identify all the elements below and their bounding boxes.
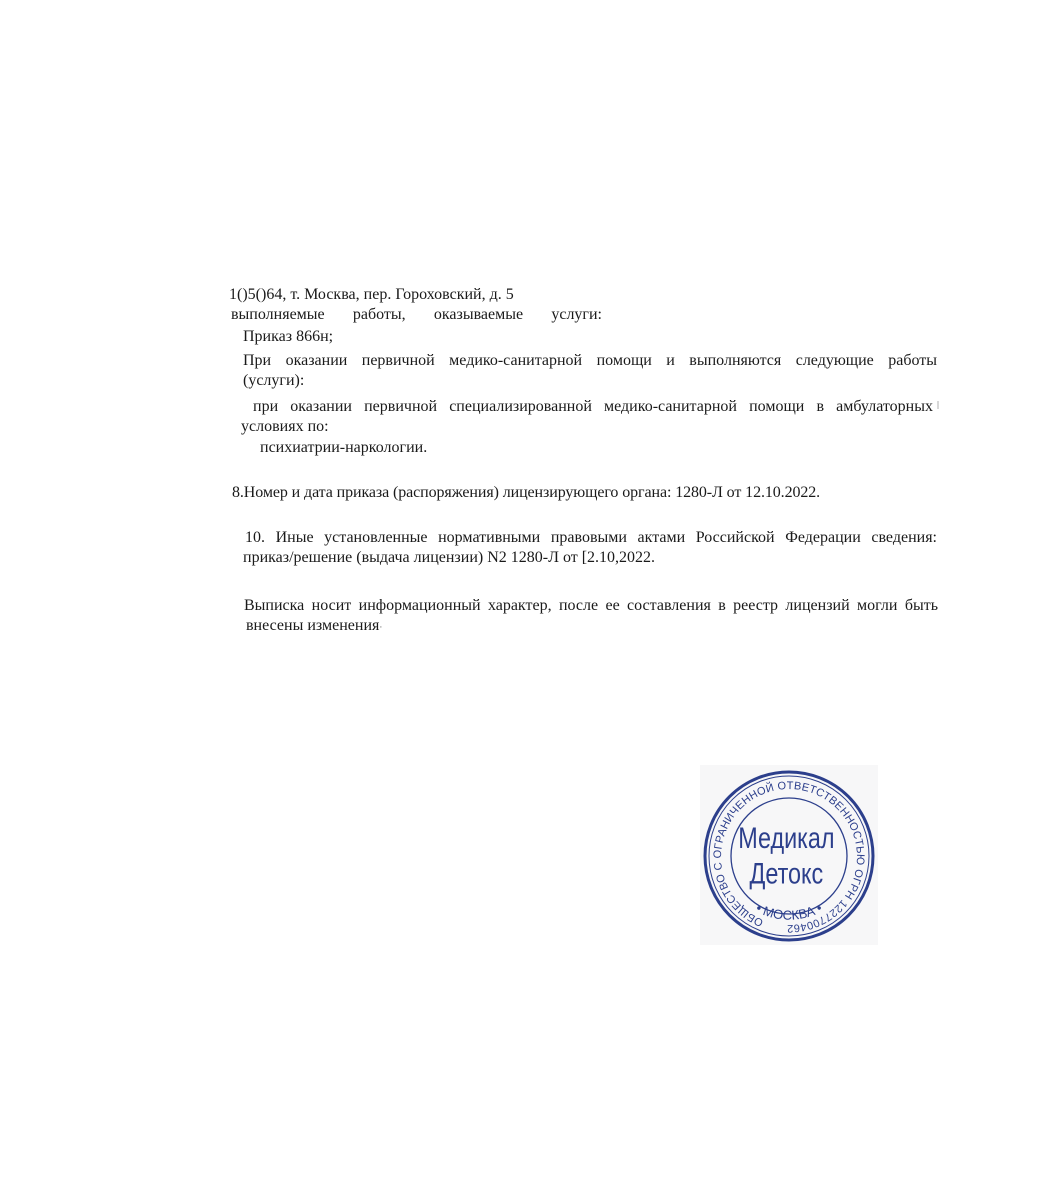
specialty-line: психиатрии-наркологии.	[260, 438, 427, 458]
disclaimer-line-2: внесены изменения·	[244, 616, 938, 637]
company-stamp: ОБЩЕСТВО С ОГРАНИЧЕННОЙ ОТВЕТСТВЕННОСТЬЮ…	[700, 765, 878, 945]
disclaimer-line-2-text: внесены изменения	[246, 617, 379, 634]
specialized-care-line-1: при оказании первичной специализированно…	[243, 397, 933, 417]
disclaimer-paragraph: Выписка носит информационный характер, п…	[244, 596, 938, 637]
specialized-care-line-2: условиях по:	[241, 417, 933, 437]
stamp-company-name-line-2: Детокс	[750, 857, 824, 890]
order-reference: Приказ 866н;	[243, 327, 333, 347]
address-line: 1()5()64, т. Москва, пер. Гороховский, д…	[229, 285, 514, 305]
scan-artifact	[937, 401, 939, 409]
item-10-line-1: 10. Иные установленные нормативными прав…	[243, 528, 937, 548]
works-heading: выполняемые работы, оказываемые услуги:	[231, 305, 602, 325]
specialized-care-paragraph: при оказании первичной специализированно…	[243, 397, 933, 437]
item-10-line-2: приказ/решение (выдача лицензии) N2 1280…	[243, 548, 937, 568]
item-8-order-number: 8.Номер и дата приказа (распоряжения) ли…	[232, 483, 820, 503]
primary-care-line-2: (услуги):	[243, 371, 937, 391]
disclaimer-line-1: Выписка носит информационный характер, п…	[244, 596, 938, 616]
primary-care-paragraph: При оказании первичной медико-санитарной…	[243, 351, 937, 391]
primary-care-line-1: При оказании первичной медико-санитарной…	[243, 351, 937, 371]
stamp-company-name-line-1: Медикал	[738, 821, 834, 854]
round-seal-icon: ОБЩЕСТВО С ОГРАНИЧЕННОЙ ОТВЕТСТВЕННОСТЬЮ…	[700, 765, 878, 945]
item-10-paragraph: 10. Иные установленные нормативными прав…	[243, 528, 937, 568]
